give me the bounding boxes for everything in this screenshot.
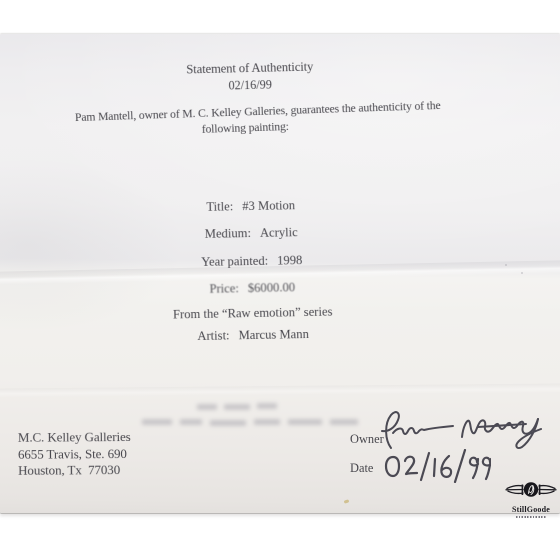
detail-medium-value: Acrylic <box>260 225 298 240</box>
dust-speck <box>505 264 507 266</box>
watermark: StillGoode <box>503 479 559 518</box>
detail-title-value: #3 Motion <box>242 198 295 213</box>
detail-artist-label: Artist: <box>197 328 229 343</box>
detail-price: Price:$6000.00 <box>2 276 502 300</box>
detail-year-value: 1998 <box>277 253 302 267</box>
photo-background: Statement of Authenticity 02/16/99 Pam M… <box>0 0 560 560</box>
stillgoode-emblem-icon <box>505 479 557 501</box>
gallery-address-line1: 6655 Travis, Ste. 690 <box>18 445 238 463</box>
detail-medium: Medium:Acrylic <box>1 221 501 245</box>
detail-artist: Artist:Marcus Mann <box>3 323 503 347</box>
date-handwriting <box>383 449 491 483</box>
detail-year: Year painted:1998 <box>2 249 502 273</box>
detail-price-label: Price: <box>209 281 239 296</box>
gallery-address-block: M.C. Kelley Galleries 6655 Travis, Ste. … <box>18 428 238 479</box>
owner-signature-handwriting <box>378 407 550 455</box>
detail-medium-label: Medium: <box>205 226 251 241</box>
series-note: From the “Raw emotion” series <box>3 301 503 325</box>
gallery-name: M.C. Kelley Galleries <box>18 428 238 446</box>
detail-price-value: $6000.00 <box>248 280 295 295</box>
painting-details: Title:#3 Motion Medium:Acrylic Year pain… <box>1 194 504 353</box>
watermark-brand-text: StillGoode <box>503 505 559 514</box>
dust-speck <box>521 272 523 274</box>
watermark-tagline-illegible <box>516 516 546 518</box>
date-label: Date <box>350 461 373 476</box>
gallery-address-line2: Houston, Tx 77030 <box>18 461 238 479</box>
detail-year-label: Year painted: <box>201 254 268 269</box>
detail-title-label: Title: <box>206 199 233 213</box>
detail-artist-value: Marcus Mann <box>238 327 309 342</box>
